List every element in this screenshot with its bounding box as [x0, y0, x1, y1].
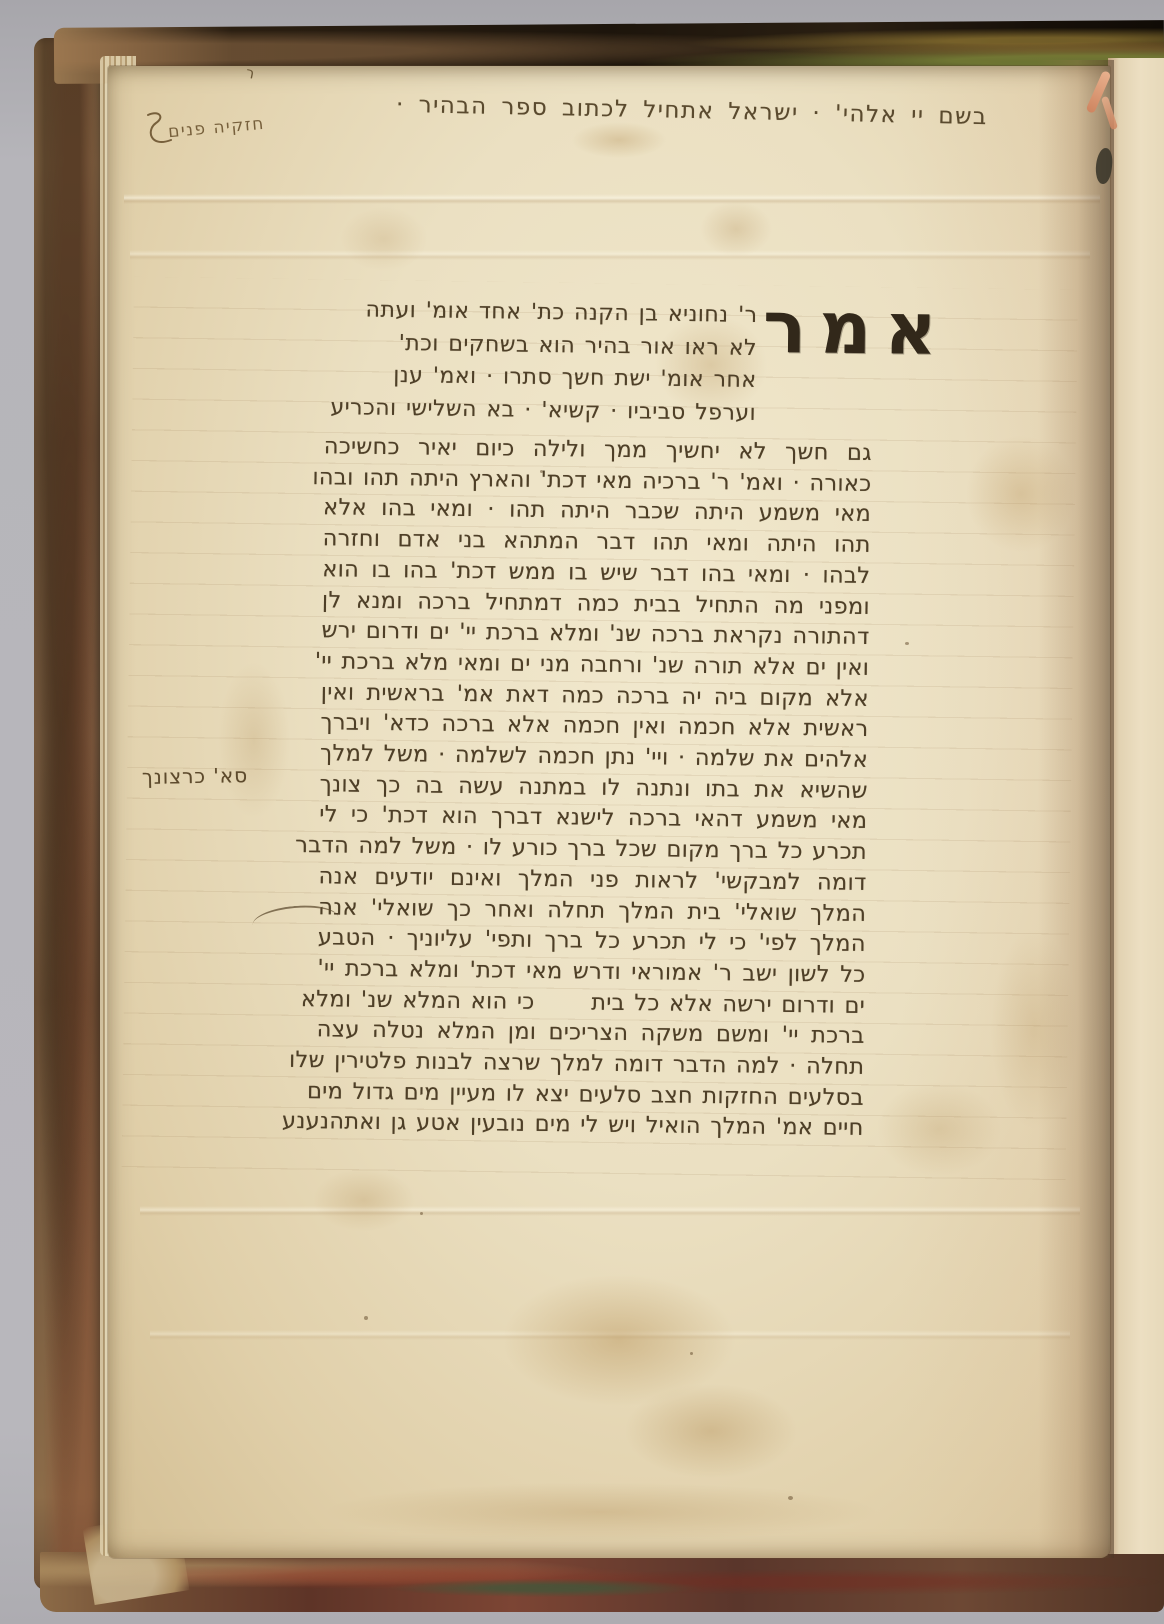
text-line: אחר אומ' ישת חשך סתרו · ואמ' ענן [331, 359, 757, 397]
book-cover-bottom-edge [40, 1552, 1164, 1612]
ink-speck [690, 1352, 693, 1355]
initial-word: אמר [763, 285, 951, 371]
facing-page-sliver [1108, 58, 1164, 1554]
ink-speck [364, 1316, 368, 1320]
crease-line [140, 1206, 1080, 1216]
margin-variant-note: סא' כרצונך [142, 763, 249, 789]
gutter-shadow [1038, 60, 1114, 1558]
book-cover-left-edge [34, 38, 104, 1590]
ink-speck [905, 642, 909, 645]
ink-speck [420, 1212, 423, 1215]
crease-line [124, 194, 1100, 204]
body-lines-block: גם חשך לא יחשיך ממך ולילה כיום יאיר כחשי… [315, 431, 872, 1144]
text-line: ר' נחוניא בן הקנה כת' אחד אומ' ועתה [332, 294, 758, 332]
crease-line [130, 250, 1090, 260]
ink-speck [788, 1496, 793, 1500]
scanned-manuscript-photo: בשם יי אלהי' · ישראל אתחיל לכתוב ספר הבה… [0, 0, 1164, 1624]
opening-lines-block: ר' נחוניא בן הקנה כת' אחד אומ' ועתהלא רא… [331, 294, 758, 430]
crease-line [150, 1330, 1070, 1340]
text-line: וערפל סביביו · קשיא' · בא השלישי והכריע [331, 392, 757, 430]
